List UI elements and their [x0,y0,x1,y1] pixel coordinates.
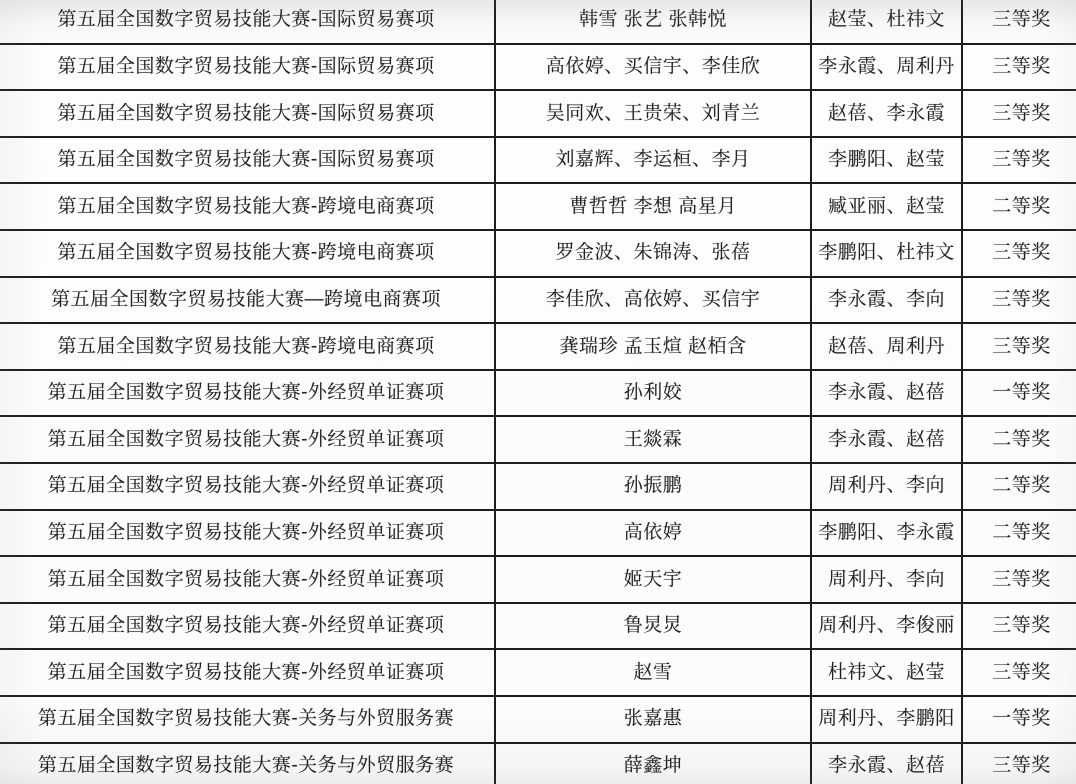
award-cell: 三等奖 [962,649,1076,696]
award-cell: 二等奖 [962,183,1076,230]
award-cell: 三等奖 [962,90,1076,137]
table-row: 第五届全国数字贸易技能大赛-外经贸单证赛项 高依婷 李鹏阳、李永霞 二等奖 [0,510,1076,557]
advisors-cell: 赵莹、杜祎文 [811,0,962,44]
award-cell: 二等奖 [962,510,1076,557]
competition-cell: 第五届全国数字贸易技能大赛-国际贸易赛项 [0,0,495,44]
students-cell: 曹哲哲 李想 高星月 [495,183,811,230]
competition-cell: 第五届全国数字贸易技能大赛-跨境电商赛项 [0,183,495,230]
advisors-cell: 赵蓓、李永霞 [811,90,962,137]
competition-cell: 第五届全国数字贸易技能大赛-外经贸单证赛项 [0,649,495,696]
award-cell: 三等奖 [962,0,1076,44]
students-cell: 罗金波、朱锦涛、张蓓 [495,230,811,277]
table-row: 第五届全国数字贸易技能大赛-国际贸易赛项 吴同欢、王贵荣、刘青兰 赵蓓、李永霞 … [0,90,1076,137]
students-cell: 高依婷 [495,510,811,557]
award-cell: 三等奖 [962,323,1076,370]
table-row: 第五届全国数字贸易技能大赛-外经贸单证赛项 鲁炅炅 周利丹、李俊丽 三等奖 [0,603,1076,650]
table-row: 第五届全国数字贸易技能大赛-国际贸易赛项 高依婷、买信宇、李佳欣 李永霞、周利丹… [0,44,1076,91]
competition-cell: 第五届全国数字贸易技能大赛-国际贸易赛项 [0,44,495,91]
awards-table-body: 第五届全国数字贸易技能大赛-国际贸易赛项 韩雪 张艺 张韩悦 赵莹、杜祎文 三等… [0,0,1076,784]
advisors-cell: 臧亚丽、赵莹 [811,183,962,230]
table-row: 第五届全国数字贸易技能大赛-跨境电商赛项 龚瑞珍 孟玉煊 赵栢含 赵蓓、周利丹 … [0,323,1076,370]
table-row: 第五届全国数字贸易技能大赛-国际贸易赛项 刘嘉辉、李运桓、李月 李鹏阳、赵莹 三… [0,137,1076,184]
advisors-cell: 李永霞、李向 [811,277,962,324]
award-cell: 三等奖 [962,743,1076,784]
students-cell: 孙利姣 [495,370,811,417]
competition-cell: 第五届全国数字贸易技能大赛-国际贸易赛项 [0,137,495,184]
competition-cell: 第五届全国数字贸易技能大赛-关务与外贸服务赛 [0,743,495,784]
advisors-cell: 赵蓓、周利丹 [811,323,962,370]
students-cell: 吴同欢、王贵荣、刘青兰 [495,90,811,137]
students-cell: 姬天宇 [495,556,811,603]
award-cell: 三等奖 [962,44,1076,91]
table-row: 第五届全国数字贸易技能大赛-外经贸单证赛项 赵雪 杜祎文、赵莹 三等奖 [0,649,1076,696]
students-cell: 王燚霖 [495,416,811,463]
competition-cell: 第五届全国数字贸易技能大赛-国际贸易赛项 [0,90,495,137]
competition-cell: 第五届全国数字贸易技能大赛—跨境电商赛项 [0,277,495,324]
award-cell: 一等奖 [962,696,1076,743]
students-cell: 赵雪 [495,649,811,696]
advisors-cell: 周利丹、李向 [811,556,962,603]
advisors-cell: 李永霞、赵蓓 [811,743,962,784]
award-cell: 三等奖 [962,277,1076,324]
students-cell: 龚瑞珍 孟玉煊 赵栢含 [495,323,811,370]
students-cell: 韩雪 张艺 张韩悦 [495,0,811,44]
advisors-cell: 李鹏阳、李永霞 [811,510,962,557]
table-row: 第五届全国数字贸易技能大赛-外经贸单证赛项 孙利姣 李永霞、赵蓓 一等奖 [0,370,1076,417]
table-row: 第五届全国数字贸易技能大赛-外经贸单证赛项 孙振鹏 周利丹、李向 二等奖 [0,463,1076,510]
document-page: 第五届全国数字贸易技能大赛-国际贸易赛项 韩雪 张艺 张韩悦 赵莹、杜祎文 三等… [0,0,1076,784]
students-cell: 李佳欣、高依婷、买信宇 [495,277,811,324]
advisors-cell: 李永霞、周利丹 [811,44,962,91]
competition-cell: 第五届全国数字贸易技能大赛-外经贸单证赛项 [0,416,495,463]
advisors-cell: 周利丹、李向 [811,463,962,510]
advisors-cell: 李鹏阳、杜祎文 [811,230,962,277]
advisors-cell: 杜祎文、赵莹 [811,649,962,696]
competition-cell: 第五届全国数字贸易技能大赛-跨境电商赛项 [0,230,495,277]
table-row: 第五届全国数字贸易技能大赛-跨境电商赛项 曹哲哲 李想 高星月 臧亚丽、赵莹 二… [0,183,1076,230]
table-row: 第五届全国数字贸易技能大赛-外经贸单证赛项 姬天宇 周利丹、李向 三等奖 [0,556,1076,603]
students-cell: 孙振鹏 [495,463,811,510]
advisors-cell: 李鹏阳、赵莹 [811,137,962,184]
table-row: 第五届全国数字贸易技能大赛—跨境电商赛项 李佳欣、高依婷、买信宇 李永霞、李向 … [0,277,1076,324]
advisors-cell: 周利丹、李俊丽 [811,603,962,650]
table-row: 第五届全国数字贸易技能大赛-国际贸易赛项 韩雪 张艺 张韩悦 赵莹、杜祎文 三等… [0,0,1076,44]
table-row: 第五届全国数字贸易技能大赛-外经贸单证赛项 王燚霖 李永霞、赵蓓 二等奖 [0,416,1076,463]
award-cell: 二等奖 [962,416,1076,463]
award-cell: 三等奖 [962,137,1076,184]
competition-cell: 第五届全国数字贸易技能大赛-外经贸单证赛项 [0,463,495,510]
students-cell: 刘嘉辉、李运桓、李月 [495,137,811,184]
competition-cell: 第五届全国数字贸易技能大赛-外经贸单证赛项 [0,603,495,650]
award-cell: 一等奖 [962,370,1076,417]
competition-cell: 第五届全国数字贸易技能大赛-关务与外贸服务赛 [0,696,495,743]
award-cell: 二等奖 [962,463,1076,510]
students-cell: 鲁炅炅 [495,603,811,650]
award-cell: 三等奖 [962,230,1076,277]
competition-cell: 第五届全国数字贸易技能大赛-外经贸单证赛项 [0,556,495,603]
competition-cell: 第五届全国数字贸易技能大赛-外经贸单证赛项 [0,370,495,417]
advisors-cell: 周利丹、李鹏阳 [811,696,962,743]
students-cell: 高依婷、买信宇、李佳欣 [495,44,811,91]
table-row: 第五届全国数字贸易技能大赛-跨境电商赛项 罗金波、朱锦涛、张蓓 李鹏阳、杜祎文 … [0,230,1076,277]
competition-cell: 第五届全国数字贸易技能大赛-跨境电商赛项 [0,323,495,370]
table-row: 第五届全国数字贸易技能大赛-关务与外贸服务赛 张嘉惠 周利丹、李鹏阳 一等奖 [0,696,1076,743]
table-row: 第五届全国数字贸易技能大赛-关务与外贸服务赛 薛鑫坤 李永霞、赵蓓 三等奖 [0,743,1076,784]
students-cell: 张嘉惠 [495,696,811,743]
award-cell: 三等奖 [962,603,1076,650]
award-cell: 三等奖 [962,556,1076,603]
students-cell: 薛鑫坤 [495,743,811,784]
advisors-cell: 李永霞、赵蓓 [811,370,962,417]
advisors-cell: 李永霞、赵蓓 [811,416,962,463]
competition-awards-table: 第五届全国数字贸易技能大赛-国际贸易赛项 韩雪 张艺 张韩悦 赵莹、杜祎文 三等… [0,0,1076,784]
competition-cell: 第五届全国数字贸易技能大赛-外经贸单证赛项 [0,510,495,557]
